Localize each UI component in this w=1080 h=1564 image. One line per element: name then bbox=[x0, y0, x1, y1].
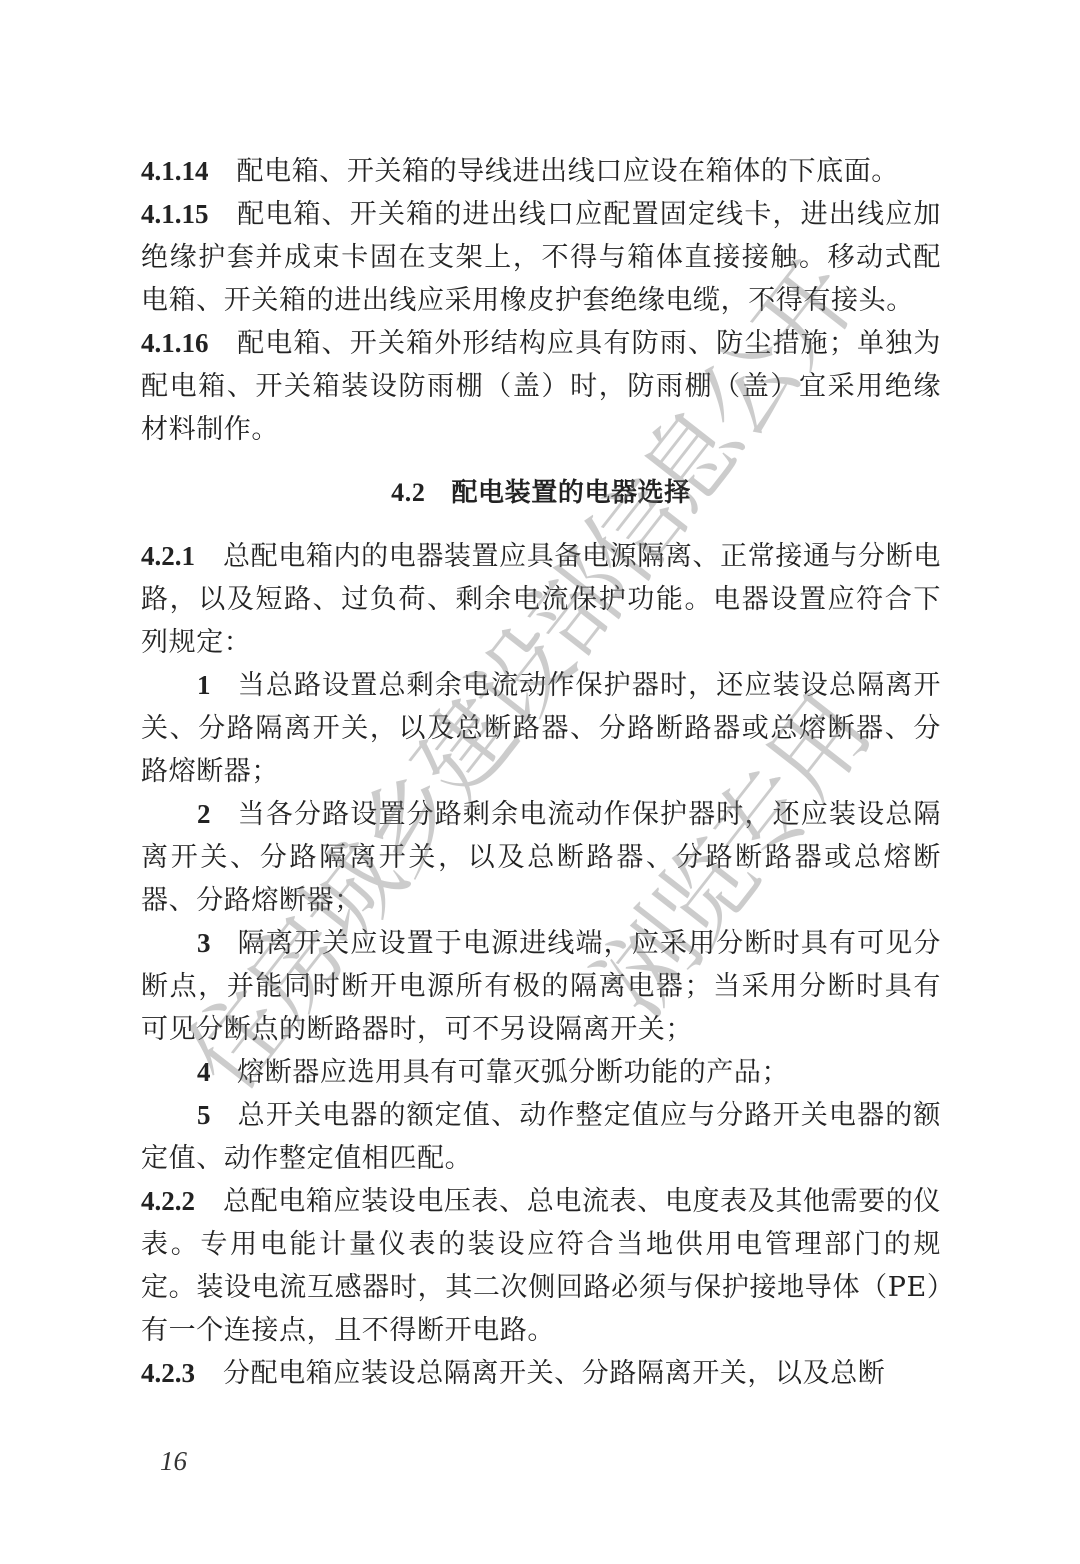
item-text: 总开关电器的额定值、动作整定值应与分路开关电器的额定值、动作整定值相匹配。 bbox=[141, 1100, 941, 1174]
section-heading: 4.2配电装置的电器选择 bbox=[141, 471, 941, 515]
item-text: 隔离开关应设置于电源进线端，应采用分断时具有可见分断点，并能同时断开电源所有极的… bbox=[141, 928, 941, 1045]
page-number: 16 bbox=[160, 1446, 187, 1477]
item-number: 5 bbox=[197, 1100, 211, 1130]
clause-text: 总配电箱应装设电压表、总电流表、电度表及其他需要的仪表。专用电能计量仪表的装设应… bbox=[141, 1186, 941, 1346]
list-item: 4熔断器应选用具有可靠灭弧分断功能的产品； bbox=[141, 1051, 941, 1094]
item-text: 熔断器应选用具有可靠灭弧分断功能的产品； bbox=[237, 1057, 789, 1088]
clause-number: 4.2.2 bbox=[141, 1186, 195, 1216]
document-page: 4.1.14配电箱、开关箱的导线进出线口应设在箱体的下底面。 4.1.15配电箱… bbox=[141, 150, 941, 1395]
clause-number: 4.2.3 bbox=[141, 1358, 195, 1388]
clause-number: 4.1.15 bbox=[141, 199, 209, 229]
clause-number: 4.2.1 bbox=[141, 541, 195, 571]
clause-text: 分配电箱应装设总隔离开关、分路隔离开关，以及总断 bbox=[223, 1358, 885, 1389]
list-item: 5总开关电器的额定值、动作整定值应与分路开关电器的额定值、动作整定值相匹配。 bbox=[141, 1094, 941, 1180]
clause-4-2-1: 4.2.1总配电箱内的电器装置应具备电源隔离、正常接通与分断电路，以及短路、过负… bbox=[141, 535, 941, 664]
section-title: 配电装置的电器选择 bbox=[451, 478, 690, 508]
section-number: 4.2 bbox=[391, 478, 425, 507]
item-number: 2 bbox=[197, 799, 211, 829]
clause-text: 配电箱、开关箱外形结构应具有防雨、防尘措施；单独为配电箱、开关箱装设防雨棚（盖）… bbox=[141, 328, 941, 445]
clause-4-2-2: 4.2.2总配电箱应装设电压表、总电流表、电度表及其他需要的仪表。专用电能计量仪… bbox=[141, 1180, 941, 1352]
clause-text: 总配电箱内的电器装置应具备电源隔离、正常接通与分断电路，以及短路、过负荷、剩余电… bbox=[141, 541, 941, 658]
clause-text: 配电箱、开关箱的进出线口应配置固定线卡，进出线应加绝缘护套并成束卡固在支架上，不… bbox=[141, 199, 941, 316]
list-item: 2当各分路设置分路剩余电流动作保护器时，还应装设总隔离开关、分路隔离开关，以及总… bbox=[141, 793, 941, 922]
item-text: 当各分路设置分路剩余电流动作保护器时，还应装设总隔离开关、分路隔离开关，以及总断… bbox=[141, 799, 941, 916]
clause-text: 配电箱、开关箱的导线进出线口应设在箱体的下底面。 bbox=[237, 156, 899, 187]
item-number: 4 bbox=[197, 1057, 211, 1087]
clause-4-2-3: 4.2.3分配电箱应装设总隔离开关、分路隔离开关，以及总断 bbox=[141, 1352, 941, 1395]
clause-4-1-16: 4.1.16配电箱、开关箱外形结构应具有防雨、防尘措施；单独为配电箱、开关箱装设… bbox=[141, 322, 941, 451]
item-text: 当总路设置总剩余电流动作保护器时，还应装设总隔离开关、分路隔离开关，以及总断路器… bbox=[141, 670, 941, 787]
item-number: 3 bbox=[197, 928, 211, 958]
list-item: 3隔离开关应设置于电源进线端，应采用分断时具有可见分断点，并能同时断开电源所有极… bbox=[141, 922, 941, 1051]
clause-number: 4.1.14 bbox=[141, 156, 209, 186]
clause-number: 4.1.16 bbox=[141, 328, 209, 358]
clause-4-1-14: 4.1.14配电箱、开关箱的导线进出线口应设在箱体的下底面。 bbox=[141, 150, 941, 193]
list-item: 1当总路设置总剩余电流动作保护器时，还应装设总隔离开关、分路隔离开关，以及总断路… bbox=[141, 664, 941, 793]
item-number: 1 bbox=[197, 670, 211, 700]
clause-4-1-15: 4.1.15配电箱、开关箱的进出线口应配置固定线卡，进出线应加绝缘护套并成束卡固… bbox=[141, 193, 941, 322]
